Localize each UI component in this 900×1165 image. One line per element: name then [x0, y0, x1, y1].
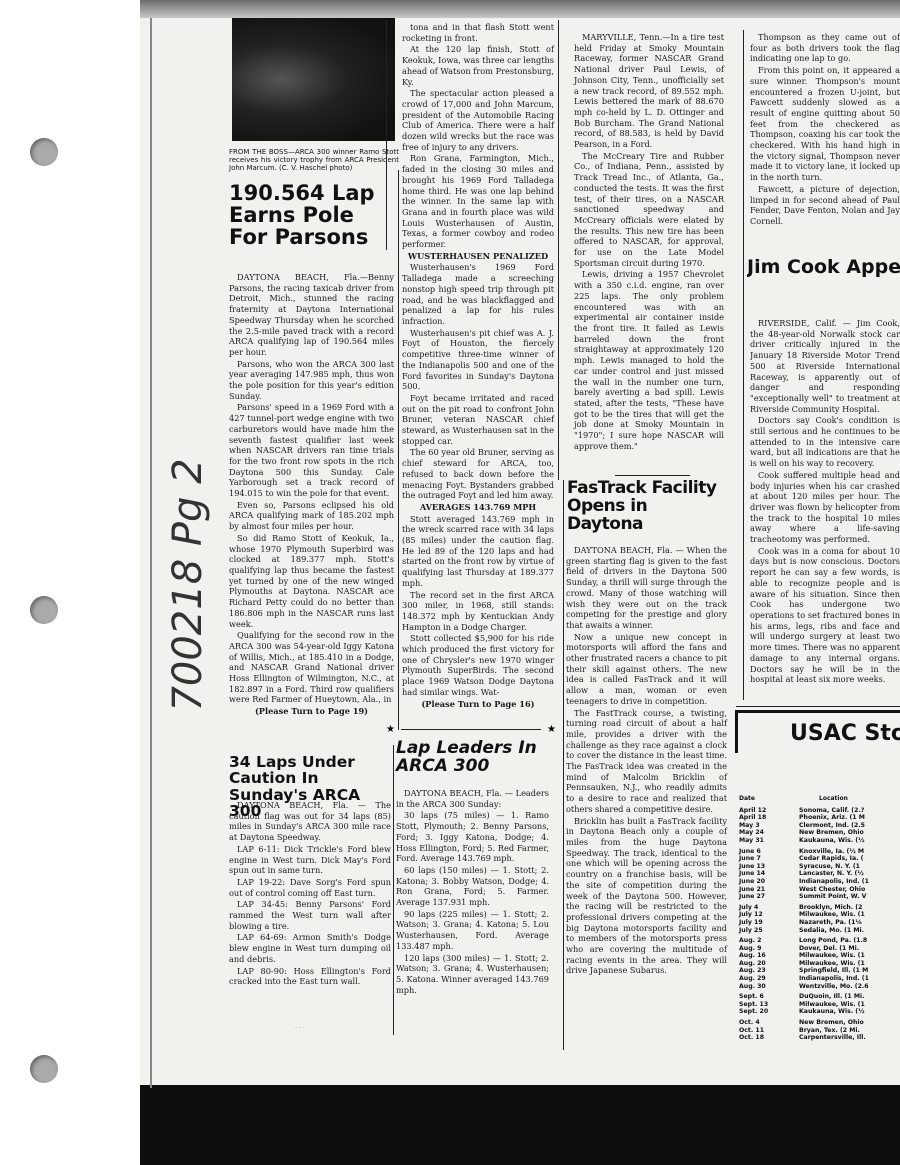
usac-schedule-table: Date Location April 12Sonoma, Calif. (2.… [733, 795, 900, 1042]
paragraph: From this point on, it appeared a sure w… [750, 65, 900, 183]
paragraph: The spectacular action pleased a crowd o… [402, 88, 554, 152]
article-caution-body: DAYTONA BEACH, Fla. — The caution flag w… [229, 800, 391, 988]
schedule-date: July 25 [733, 927, 799, 935]
article-divider [615, 475, 690, 476]
article-leaders-body: DAYTONA BEACH, Fla. — Leaders in the ARC… [396, 788, 549, 996]
schedule-date: June 13 [733, 863, 799, 871]
schedule-row: June 13Syracuse, N. Y. (1 [733, 863, 900, 871]
schedule-date: Oct. 11 [733, 1027, 799, 1035]
paragraph: Lewis, driving a 1957 Chevrolet with a 3… [574, 269, 724, 451]
paragraph: Foyt became irritated and raced out on t… [402, 393, 554, 447]
schedule-row: May 3Clermont, Ind. (2.5 [733, 822, 900, 830]
schedule-location: Wentzville, Mo. (2.6 [799, 983, 900, 991]
schedule-date: May 24 [733, 829, 799, 837]
schedule-location: Lancaster, N. Y. (½ [799, 870, 900, 878]
schedule-row: Aug. 20Milwaukee, Wis. (1 [733, 960, 900, 968]
paragraph: Parsons, who won the ARCA 300 last year … [229, 359, 394, 402]
paragraph: The FastTrack course, a twisting, turnin… [566, 708, 727, 815]
schedule-location: Indianapolis, Ind. (1 [799, 878, 900, 886]
schedule-row: July 4Brooklyn, Mich. (2 [733, 904, 900, 912]
schedule-row: Oct. 11Bryan, Tex. (2 Mi. [733, 1027, 900, 1035]
schedule-row: Oct. 18Carpentersville, Ill. [733, 1034, 900, 1042]
paragraph: DAYTONA BEACH, Fla.—Benny Parsons, the r… [229, 272, 394, 358]
paragraph: Bricklin has built a FasTrack facility i… [566, 816, 727, 977]
schedule-location: Dover, Del. (1 Mi. [799, 945, 900, 953]
schedule-date: June 7 [733, 855, 799, 863]
schedule-row: May 24New Bremen, Ohio [733, 829, 900, 837]
paragraph: Stott collected $5,900 for his ride whic… [402, 633, 554, 697]
schedule-row: Aug. 16Milwaukee, Wis. (1 [733, 952, 900, 960]
schedule-location: Long Pond, Pa. (1.8 [799, 937, 900, 945]
schedule-location: New Bremen, Ohio [799, 1019, 900, 1027]
paragraph: LAP 6-11: Dick Trickle's Ford blew engin… [229, 844, 391, 876]
paragraph: DAYTONA BEACH, Fla. — The caution flag w… [229, 800, 391, 843]
schedule-row: Aug. 30Wentzville, Mo. (2.6 [733, 983, 900, 991]
schedule-row: Sept. 20Kaukauna, Wis. (½ [733, 1008, 900, 1016]
schedule-row: April 12Sonoma, Calif. (2.? [733, 807, 900, 815]
paragraph: Cook was in a coma for about 10 days but… [750, 546, 900, 685]
schedule-date: Aug. 9 [733, 945, 799, 953]
schedule-date: July 19 [733, 919, 799, 927]
paragraph: Thompson as they came out of four as bot… [750, 32, 900, 64]
paragraph: 30 laps (75 miles) — 1. Ramo Stott, Plym… [396, 810, 549, 864]
scan-top-shadow [140, 0, 900, 18]
paragraph: LAP 34-45: Benny Parsons' Ford rammed th… [229, 899, 391, 931]
paragraph: Fawcett, a picture of dejection, limped … [750, 184, 900, 227]
schedule-location: DuQuoin, Ill. (1 Mi. [799, 993, 900, 1001]
schedule-date: June 6 [733, 848, 799, 856]
paragraph: LAP 80-90: Hoss Ellington's Ford cracked… [229, 966, 391, 987]
jump-line: (Please Turn to Page 19) [229, 706, 394, 717]
column-rule [398, 170, 399, 730]
paragraph: 120 laps (300 miles) — 1. Stott; 2. Wats… [396, 953, 549, 996]
paragraph: DAYTONA BEACH, Fla. — When the green sta… [566, 545, 727, 631]
schedule-date: Sept. 13 [733, 1001, 799, 1009]
binder-hole [30, 1055, 58, 1083]
article-parsons-body: DAYTONA BEACH, Fla.—Benny Parsons, the r… [229, 272, 394, 718]
paragraph: Ron Grana, Farmington, Mich., faded in t… [402, 153, 554, 249]
paragraph: LAP 19-22: Dave Sorg's Ford spun out of … [229, 877, 391, 898]
schedule-row: Sept. 13Milwaukee, Wis. (1 [733, 1001, 900, 1009]
section-divider [736, 706, 900, 707]
schedule-location: Clermont, Ind. (2.5 [799, 822, 900, 830]
schedule-location: Sedalia, Mo. (1 Mi. [799, 927, 900, 935]
schedule-row: Aug. 29Indianapolis, Ind. (1 [733, 975, 900, 983]
scan-bottom-shadow [140, 1085, 900, 1165]
schedule-row: July 12Milwaukee, Wis. (1 [733, 911, 900, 919]
article-fastrack-body: DAYTONA BEACH, Fla. — When the green sta… [566, 545, 727, 977]
paragraph: Wusterhausen's 1969 Ford Talladega made … [402, 262, 554, 326]
headline-cook: Jim Cook Appears Greatly Improved [747, 258, 900, 278]
schedule-location: Syracuse, N. Y. (1 [799, 863, 900, 871]
photo-caption: FROM THE BOSS—ARCA 300 winner Ramo Stott… [229, 148, 399, 172]
paragraph: At the 120 lap finish, Stott of Keokuk, … [402, 44, 554, 87]
article-cook-body: RIVERSIDE, Calif. — Jim Cook, the 48-yea… [750, 318, 900, 688]
paragraph: The McCreary Tire and Rubber Co., of Ind… [574, 151, 724, 269]
schedule-rows: April 12Sonoma, Calif. (2.?April 18Phoen… [733, 807, 900, 1042]
paragraph: Doctors say Cook's condition is still se… [750, 415, 900, 469]
headline-fastrack: FasTrack Facility Opens in Daytona [567, 480, 727, 534]
schedule-date: Aug. 29 [733, 975, 799, 983]
schedule-row: June 21West Chester, Ohio [733, 886, 900, 894]
jump-line: (Please Turn to Page 16) [402, 699, 554, 710]
schedule-date: April 18 [733, 814, 799, 822]
schedule-location: Milwaukee, Wis. (1 [799, 960, 900, 968]
schedule-row: June 14Lancaster, N. Y. (½ [733, 870, 900, 878]
schedule-date: Aug. 30 [733, 983, 799, 991]
schedule-location: Carpentersville, Ill. [799, 1034, 900, 1042]
paragraph: 90 laps (225 miles) — 1. Stott; 2. Watso… [396, 909, 549, 952]
paragraph: So did Ramo Stott of Keokuk, Ia., whose … [229, 533, 394, 629]
schedule-row: July 25Sedalia, Mo. (1 Mi. [733, 927, 900, 935]
paragraph: Wusterhausen's pit chief was A. J. Foyt … [402, 328, 554, 392]
schedule-location: Summit Point, W. V [799, 893, 900, 901]
schedule-row: June 20Indianapolis, Ind. (1 [733, 878, 900, 886]
schedule-location: Kaukauna, Wis. (½ [799, 1008, 900, 1016]
schedule-date: Sept. 20 [733, 1008, 799, 1016]
schedule-row: June 6Knoxville, Ia. (½ M [733, 848, 900, 856]
schedule-date: Sept. 6 [733, 993, 799, 1001]
schedule-date: Aug. 23 [733, 967, 799, 975]
schedule-location: Bryan, Tex. (2 Mi. [799, 1027, 900, 1035]
schedule-row: Aug. 2Long Pond, Pa. (1.8 [733, 937, 900, 945]
paragraph: tona and in that flash Stott went rocket… [402, 22, 554, 43]
trophy-photo [232, 18, 395, 141]
schedule-row: April 18Phoenix, Ariz. (1 M [733, 814, 900, 822]
column-rule [563, 480, 564, 1050]
schedule-location: Phoenix, Ariz. (1 M [799, 814, 900, 822]
schedule-date: Aug. 16 [733, 952, 799, 960]
schedule-row: Oct. 4New Bremen, Ohio [733, 1019, 900, 1027]
column-header-date: Date [733, 795, 799, 803]
binder-hole [30, 138, 58, 166]
schedule-row: June 7Cedar Rapids, Ia. ( [733, 855, 900, 863]
schedule-row: May 31Kaukauna, Wis. (½ [733, 837, 900, 845]
schedule-location: Kaukauna, Wis. (½ [799, 837, 900, 845]
schedule-location: Cedar Rapids, Ia. ( [799, 855, 900, 863]
column-rule [393, 745, 394, 1035]
headline-parsons: 190.564 Lap Earns Pole For Parsons [229, 182, 399, 248]
headline-lap-leaders: Lap Leaders In ARCA 300 [396, 740, 546, 776]
paragraph: Even so, Parsons eclipsed his old ARCA q… [229, 500, 394, 532]
subhead: WUSTERHAUSEN PENALIZED [402, 251, 554, 262]
column-rule [743, 30, 744, 245]
column-rule [743, 245, 744, 700]
schedule-location: Milwaukee, Wis. (1 [799, 1001, 900, 1009]
schedule-date: April 12 [733, 807, 799, 815]
schedule-date: May 31 [733, 837, 799, 845]
paragraph: Cook suffered multiple head and body inj… [750, 470, 900, 545]
paragraph: Qualifying for the second row in the ARC… [229, 630, 394, 705]
schedule-location: Indianapolis, Ind. (1 [799, 975, 900, 983]
column-rule [386, 20, 387, 250]
article-thompson-body: Thompson as they came out of four as bot… [750, 32, 900, 228]
schedule-date: July 12 [733, 911, 799, 919]
star-icon: ★ [547, 724, 556, 735]
schedule-location: Milwaukee, Wis. (1 [799, 911, 900, 919]
schedule-location: Springfield, Ill. (1 M [799, 967, 900, 975]
paragraph: MARYVILLE, Tenn.—In a tire test held Fri… [574, 32, 724, 150]
schedule-date: Oct. 18 [733, 1034, 799, 1042]
schedule-date: Aug. 20 [733, 960, 799, 968]
paragraph: The record set in the first ARCA 300 mil… [402, 590, 554, 633]
schedule-location: New Bremen, Ohio [799, 829, 900, 837]
schedule-date: June 14 [733, 870, 799, 878]
paragraph: 60 laps (150 miles) — 1. Stott; 2. Katon… [396, 865, 549, 908]
schedule-location: Sonoma, Calif. (2.? [799, 807, 900, 815]
paragraph: DAYTONA BEACH, Fla. — Leaders in the ARC… [396, 788, 549, 809]
schedule-row: June 27Summit Point, W. V [733, 893, 900, 901]
paragraph: The 60 year old Bruner, serving as chief… [402, 447, 554, 501]
paragraph: Now a unique new concept in motorsports … [566, 632, 727, 707]
column-header-location: Location [799, 795, 900, 803]
schedule-row: Aug. 9Dover, Del. (1 Mi. [733, 945, 900, 953]
schedule-row: Sept. 6DuQuoin, Ill. (1 Mi. [733, 993, 900, 1001]
schedule-row: Aug. 23Springfield, Ill. (1 M [733, 967, 900, 975]
column-rule [558, 20, 559, 480]
subhead: AVERAGES 143.769 MPH [402, 502, 554, 513]
article-stott-body: tona and in that flash Stott went rocket… [402, 22, 554, 710]
headline-usac: USAC Sto [790, 722, 900, 745]
paragraph: LAP 64-69: Armon Smith's Dodge blew engi… [229, 932, 391, 964]
schedule-location: Knoxville, Ia. (½ M [799, 848, 900, 856]
section-divider: ★★ [386, 724, 556, 734]
star-icon: ★ [386, 724, 395, 735]
schedule-date: June 21 [733, 886, 799, 894]
schedule-location: Nazareth, Pa. (1⅛ [799, 919, 900, 927]
paragraph: RIVERSIDE, Calif. — Jim Cook, the 48-yea… [750, 318, 900, 414]
schedule-location: West Chester, Ohio [799, 886, 900, 894]
faint-print: · · · [295, 1025, 305, 1032]
schedule-date: June 27 [733, 893, 799, 901]
schedule-date: Oct. 4 [733, 1019, 799, 1027]
schedule-date: Aug. 2 [733, 937, 799, 945]
schedule-location: Milwaukee, Wis. (1 [799, 952, 900, 960]
paragraph: Stott averaged 143.769 mph in the wreck … [402, 514, 554, 589]
binder-hole [30, 596, 58, 624]
schedule-row: July 19Nazareth, Pa. (1⅛ [733, 919, 900, 927]
schedule-location: Brooklyn, Mich. (2 [799, 904, 900, 912]
schedule-date: July 4 [733, 904, 799, 912]
schedule-date: May 3 [733, 822, 799, 830]
article-lewis-body: MARYVILLE, Tenn.—In a tire test held Fri… [574, 32, 724, 452]
paragraph: Parsons' speed in a 1969 Ford with a 427… [229, 402, 394, 498]
schedule-date: June 20 [733, 878, 799, 886]
